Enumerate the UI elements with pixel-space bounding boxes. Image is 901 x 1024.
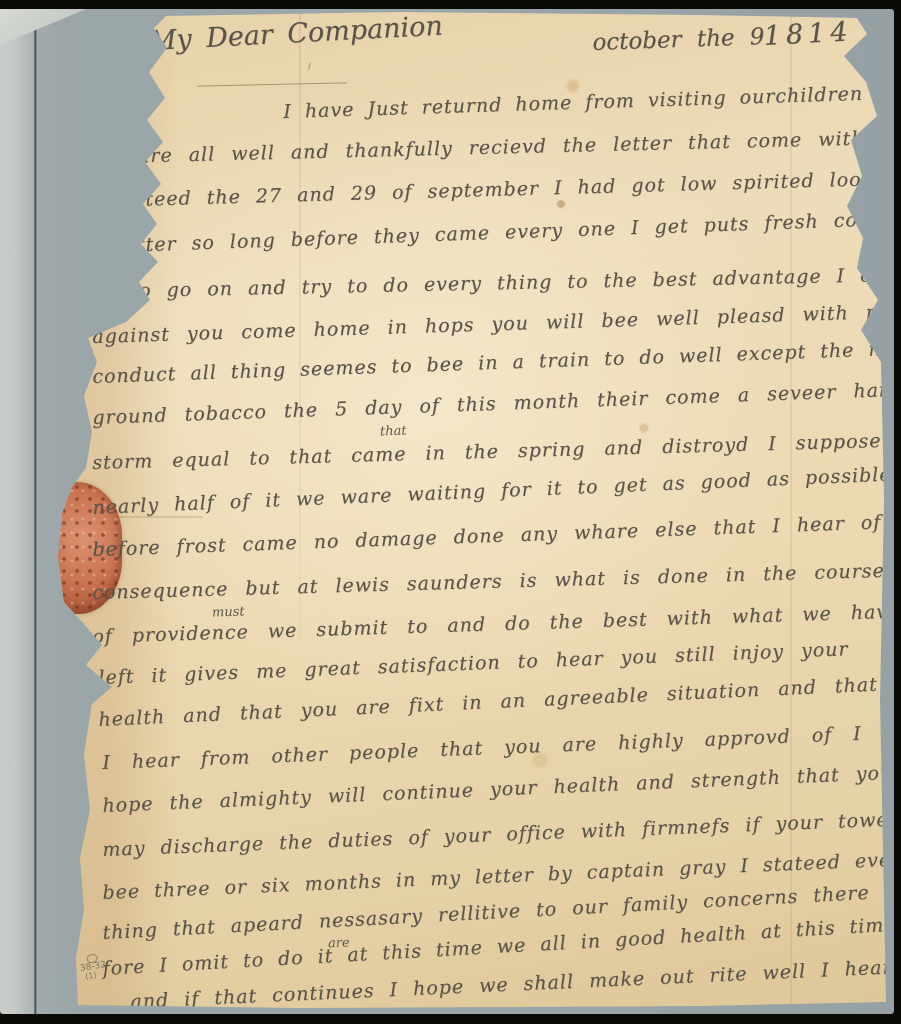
letter-line: nearly half of it we ware waiting for it… <box>92 464 892 519</box>
salutation: My Dear Companion <box>148 11 443 57</box>
pen-flourish <box>305 62 311 72</box>
interlinear-insertion: are <box>328 935 350 951</box>
letter-line: I have Just returnd home from visiting o… <box>283 83 863 123</box>
letter-date: october the 9 <box>592 24 765 56</box>
backing-fold-corner <box>0 9 86 45</box>
archive-pencil-mark: 38-32 (1) <box>78 952 108 983</box>
salutation-underline <box>197 82 347 86</box>
letter-line: y are all well and thankfully recievd th… <box>110 128 865 168</box>
letter-line: t dateed the 27 and 29 of september I ha… <box>96 168 887 212</box>
letter-line: ground tobacco the 5 day of this month t… <box>92 379 893 429</box>
letter-line: before frost came no damage done any wha… <box>92 510 901 561</box>
interlinear-insertion: must <box>212 604 245 620</box>
letter-line: storm equal to that came in the spring a… <box>92 430 882 474</box>
letter-line: consequence but at lewis saunders is wha… <box>92 560 885 604</box>
archive-mark-number: (1) <box>85 970 108 982</box>
letter-line: me to go on and try to do every thing to… <box>84 264 884 303</box>
letter-line: a letter so long before they came every … <box>90 208 881 258</box>
letter-year: 1814 <box>763 16 853 52</box>
interlinear-insertion: that <box>380 424 407 440</box>
letter-line: I hear from other people that you are hi… <box>102 723 862 774</box>
letter-line: against you come home in hops you will b… <box>92 301 897 348</box>
scanned-letter-page: My Dear Companion october the 9 1814 I h… <box>0 0 901 1024</box>
letter-line: conduct all thing seemes to bee in a tra… <box>92 337 901 388</box>
letter-line: hope the almighty will continue your hea… <box>102 762 894 817</box>
